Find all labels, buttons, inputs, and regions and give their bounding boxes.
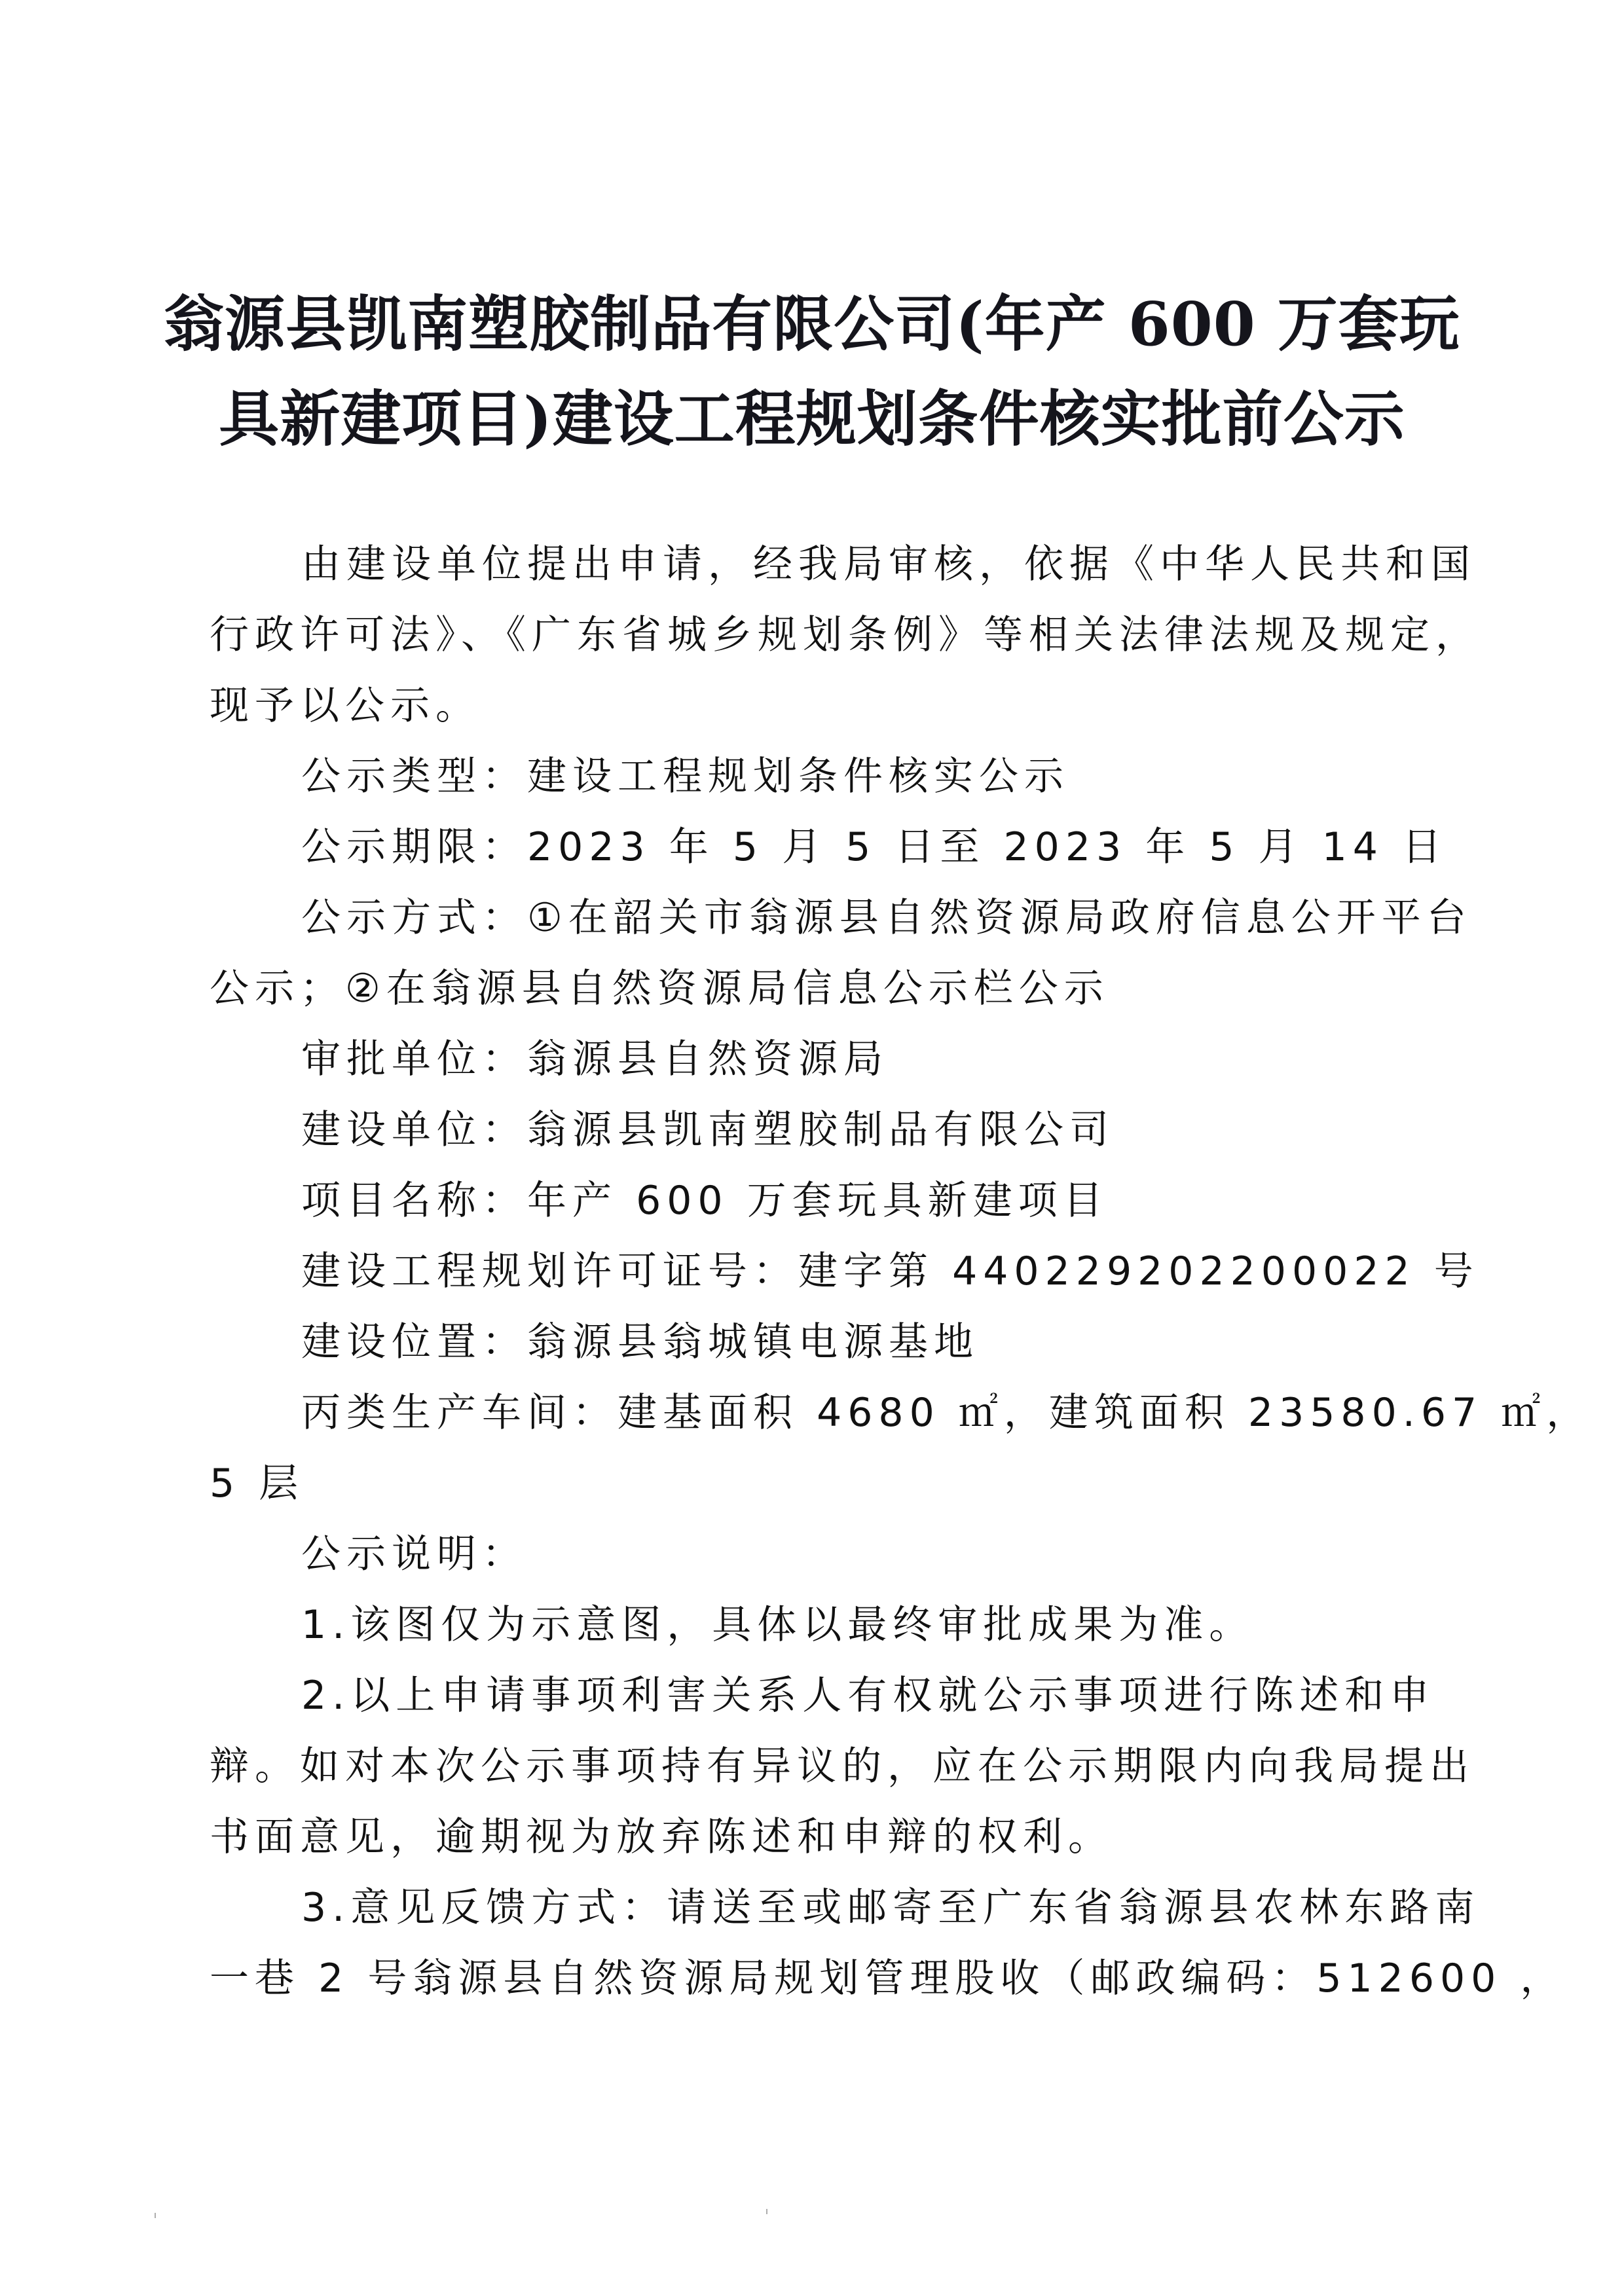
field-label: 项目名称： (301, 1178, 527, 1224)
note-item-3-line-1: 3.意见反馈方式：请送至或邮寄至广东省翁源县农林东路南 (301, 1882, 1519, 1934)
intro-line-2: 行政许可法》、《广东省城乡规划条例》等相关法律法规及规定， (210, 609, 1428, 661)
document-page: 翁源县凯南塑胶制品有限公司(年产 600 万套玩 具新建项目)建设工程规划条件核… (0, 0, 1624, 2296)
scan-speck (155, 2213, 156, 2218)
field-notice-type: 公示类型：建设工程规划条件核实公示 (301, 750, 1519, 803)
field-value: 翁源县自然资源局 (527, 1036, 889, 1082)
scan-speck (766, 2209, 767, 2214)
field-value: 年产 600 万套玩具新建项目 (527, 1178, 1109, 1224)
field-label: 建设工程规划许可证号： (301, 1248, 798, 1294)
notes-heading: 公示说明： (301, 1528, 1519, 1580)
field-label: 公示方式： (301, 895, 527, 941)
intro-line-1: 由建设单位提出申请，经我局审核，依据《中华人民共和国 (301, 538, 1519, 591)
field-workshop-floors: 5 层 (210, 1457, 1428, 1510)
field-value: 翁源县翁城镇电源基地 (527, 1319, 979, 1365)
note-item-1: 1.该图仅为示意图，具体以最终审批成果为准。 (301, 1599, 1519, 1651)
field-label: 公示类型： (301, 754, 527, 799)
field-label: 公示期限： (301, 824, 527, 870)
field-location: 建设位置：翁源县翁城镇电源基地 (301, 1316, 1519, 1368)
field-project-name: 项目名称：年产 600 万套玩具新建项目 (301, 1175, 1519, 1227)
document-title-line-2: 具新建项目)建设工程规划条件核实批前公示 (0, 383, 1624, 455)
field-label: 审批单位： (301, 1036, 527, 1082)
note-item-2-line-1: 2.以上申请事项利害关系人有权就公示事项进行陈述和申 (301, 1669, 1519, 1722)
field-notice-method-cont: 公示；②在翁源县自然资源局信息公示栏公示 (210, 962, 1428, 1015)
document-title-line-1: 翁源县凯南塑胶制品有限公司(年产 600 万套玩 (0, 288, 1624, 360)
field-label: 建设位置： (301, 1319, 527, 1365)
field-value: 2023 年 5 月 5 日至 2023 年 5 月 14 日 (527, 824, 1447, 870)
note-item-3-line-2: 一巷 2 号翁源县自然资源局规划管理股收（邮政编码：512600 ， (210, 1952, 1428, 2005)
field-construction-unit: 建设单位：翁源县凯南塑胶制品有限公司 (301, 1104, 1519, 1156)
field-notice-period: 公示期限：2023 年 5 月 5 日至 2023 年 5 月 14 日 (301, 821, 1519, 873)
field-value: 翁源县凯南塑胶制品有限公司 (527, 1107, 1115, 1153)
field-workshop: 丙类生产车间：建基面积 4680 ㎡，建筑面积 23580.67 ㎡， (301, 1387, 1519, 1439)
field-value: 建设工程规划条件核实公示 (527, 754, 1069, 799)
field-notice-method: 公示方式：①在韶关市翁源县自然资源局政府信息公开平台 (301, 892, 1519, 944)
field-approval-unit: 审批单位：翁源县自然资源局 (301, 1033, 1519, 1085)
field-value: ①在韶关市翁源县自然资源局政府信息公开平台 (527, 895, 1472, 941)
note-item-2-line-3: 书面意见，逾期视为放弃陈述和申辩的权利。 (210, 1811, 1428, 1863)
field-permit-no: 建设工程规划许可证号：建字第 440229202200022 号 (301, 1245, 1519, 1298)
intro-line-3: 现予以公示。 (210, 680, 1428, 732)
field-value: 建字第 440229202200022 号 (798, 1248, 1479, 1294)
field-label: 建设单位： (301, 1107, 527, 1153)
note-item-2-line-2: 辩。如对本次公示事项持有异议的，应在公示期限内向我局提出 (210, 1740, 1428, 1793)
